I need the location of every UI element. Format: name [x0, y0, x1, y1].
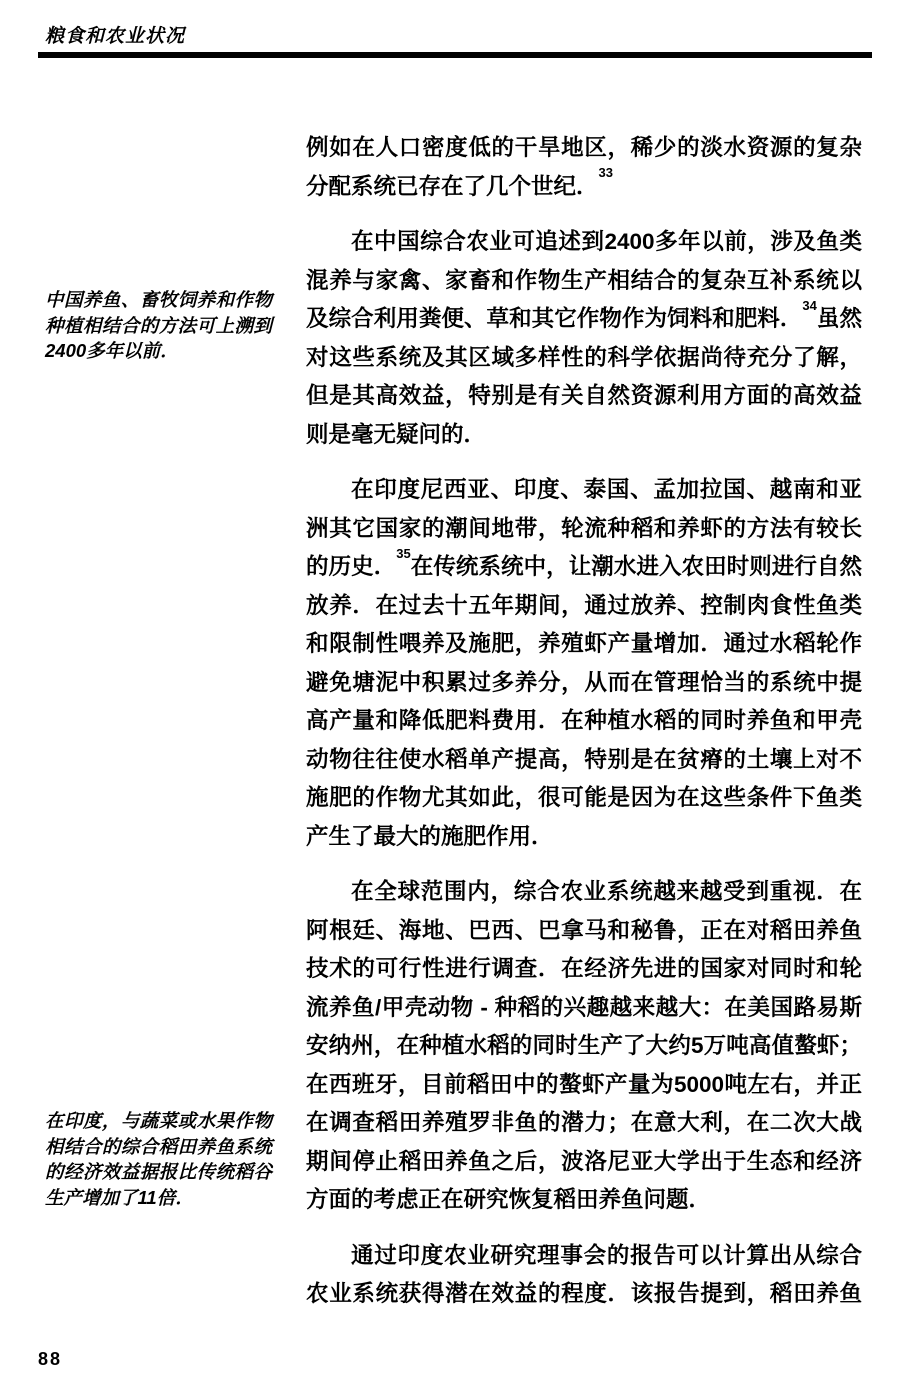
text-line: 阿根廷、海地、巴西、巴拿马和秘鲁，正在对稻田养鱼: [306, 912, 862, 951]
text-line: 的历史．35在传统系统中，让潮水进入农田时则进行自然: [306, 548, 862, 587]
footnote-reference: 34: [802, 298, 816, 313]
margin-note-line: 中国养鱼、畜牧饲养和作物: [45, 287, 272, 313]
text-line: 则是毫无疑问的．: [306, 416, 862, 455]
text-line: 高产量和降低肥料费用．在种植水稻的同时养鱼和甲壳: [306, 702, 862, 741]
paragraph: 例如在人口密度低的干旱地区，稀少的淡水资源的复杂分配系统已存在了几个世纪．33: [306, 129, 862, 206]
text-line: 产生了最大的施肥作用．: [306, 818, 862, 857]
header-rule: [38, 52, 872, 58]
text-line: 放养．在过去十五年期间，通过放养、控制肉食性鱼类: [306, 587, 862, 626]
text-line: 安纳州，在种植水稻的同时生产了大约5万吨高值螯虾；: [306, 1027, 862, 1066]
margin-note-line: 的经济效益据报比传统稻谷: [45, 1159, 272, 1185]
margin-note-china: 中国养鱼、畜牧饲养和作物种植相结合的方法可上溯到2400多年以前．: [45, 287, 272, 364]
text-line: 及综合利用粪便、草和其它作物作为饲料和肥料．34虽然: [306, 300, 862, 339]
text-line: 避免塘泥中积累过多养分，从而在管理恰当的系统中提: [306, 664, 862, 703]
text-line: 技术的可行性进行调查．在经济先进的国家对同时和轮: [306, 950, 862, 989]
main-column: 例如在人口密度低的干旱地区，稀少的淡水资源的复杂分配系统已存在了几个世纪．33在…: [306, 129, 862, 1314]
text-line: 在中国综合农业可追述到2400多年以前，涉及鱼类: [306, 223, 862, 262]
text-line: 但是其高效益，特别是有关自然资源利用方面的高效益: [306, 377, 862, 416]
text-line: 对这些系统及其区域多样性的科学依据尚待充分了解，: [306, 339, 862, 378]
paragraph: 在全球范围内，综合农业系统越来越受到重视．在阿根廷、海地、巴西、巴拿马和秘鲁，正…: [306, 873, 862, 1220]
margin-note-line: 在印度，与蔬菜或水果作物: [45, 1108, 272, 1134]
text-line: 流养鱼/甲壳动物 - 种稻的兴趣越来越大：在美国路易斯: [306, 989, 862, 1028]
margin-note-line: 相结合的综合稻田养鱼系统: [45, 1134, 272, 1160]
text-line: 在印度尼西亚、印度、泰国、孟加拉国、越南和亚: [306, 471, 862, 510]
text-line: 通过印度农业研究理事会的报告可以计算出从综合: [306, 1237, 862, 1276]
text-line: 在全球范围内，综合农业系统越来越受到重视．在: [306, 873, 862, 912]
footnote-reference: 35: [396, 546, 410, 561]
footnote-reference: 33: [599, 165, 613, 180]
margin-note-line: 生产增加了11倍．: [45, 1185, 272, 1211]
margin-note-line: 2400多年以前．: [45, 338, 272, 364]
text-line: 和限制性喂养及施肥，养殖虾产量增加．通过水稻轮作: [306, 625, 862, 664]
text-line: 在西班牙，目前稻田中的螯虾产量为5000吨左右，并正: [306, 1066, 862, 1105]
document-page: 粮食和农业状况 中国养鱼、畜牧饲养和作物种植相结合的方法可上溯到2400多年以前…: [0, 0, 900, 1400]
page-number: 88: [38, 1349, 62, 1370]
running-header-title: 粮食和农业状况: [45, 26, 185, 47]
text-line: 例如在人口密度低的干旱地区，稀少的淡水资源的复杂: [306, 129, 862, 168]
text-line: 动物往往使水稻单产提高，特别是在贫瘠的土壤上对不: [306, 741, 862, 780]
margin-note-india: 在印度，与蔬菜或水果作物相结合的综合稻田养鱼系统的经济效益据报比传统稻谷生产增加…: [45, 1108, 272, 1210]
paragraph: 在印度尼西亚、印度、泰国、孟加拉国、越南和亚洲其它国家的潮间地带，轮流种稻和养虾…: [306, 471, 862, 856]
text-line: 施肥的作物尤其如此，很可能是因为在这些条件下鱼类: [306, 779, 862, 818]
text-line: 期间停止稻田养鱼之后，波洛尼亚大学出于生态和经济: [306, 1143, 862, 1182]
text-line: 分配系统已存在了几个世纪．33: [306, 168, 862, 207]
text-line: 方面的考虑正在研究恢复稻田养鱼问题．: [306, 1181, 862, 1220]
paragraph: 通过印度农业研究理事会的报告可以计算出从综合农业系统获得潜在效益的程度．该报告提…: [306, 1237, 862, 1314]
paragraph: 在中国综合农业可追述到2400多年以前，涉及鱼类混养与家禽、家畜和作物生产相结合…: [306, 223, 862, 454]
text-line: 混养与家禽、家畜和作物生产相结合的复杂互补系统以: [306, 262, 862, 301]
text-line: 农业系统获得潜在效益的程度．该报告提到，稻田养鱼: [306, 1275, 862, 1314]
text-line: 在调查稻田养殖罗非鱼的潜力；在意大利，在二次大战: [306, 1104, 862, 1143]
text-line: 洲其它国家的潮间地带，轮流种稻和养虾的方法有较长: [306, 510, 862, 549]
margin-note-line: 种植相结合的方法可上溯到: [45, 313, 272, 339]
